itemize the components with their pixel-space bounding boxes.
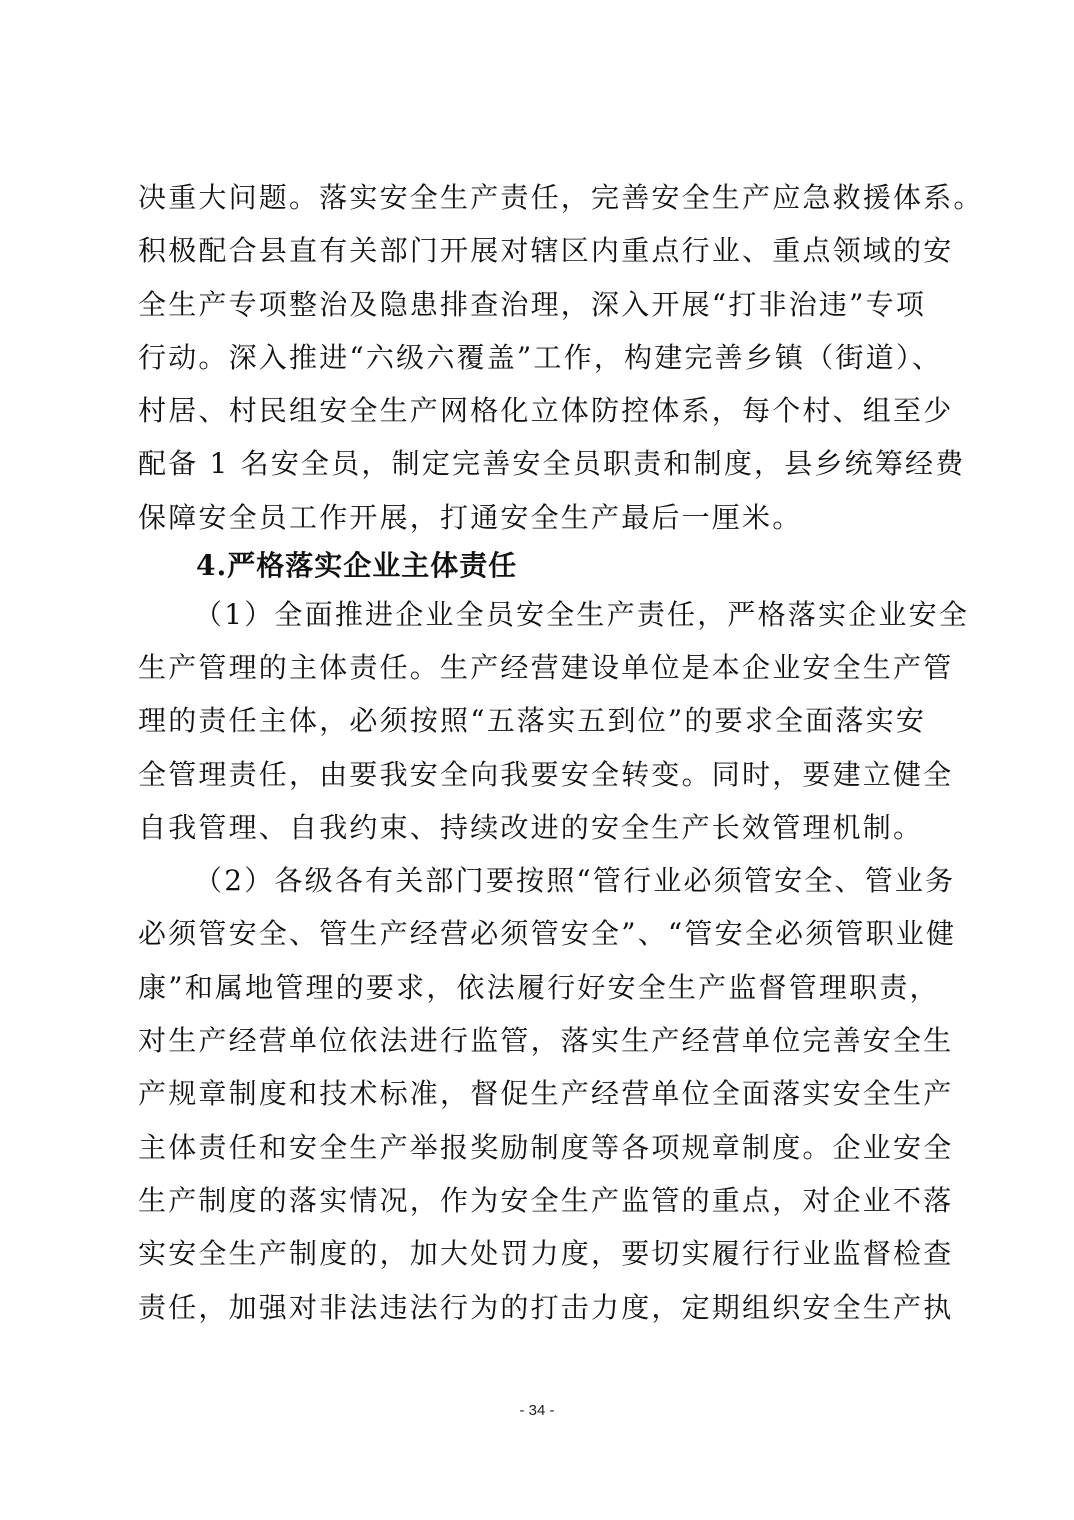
paragraph-2-line: 产规章制度和技术标准，督促生产经营单位全面落实安全生产 [138,1074,938,1114]
paragraph-1-line: （1）全面推进企业全员安全生产责任，严格落实企业安全 [194,595,994,635]
text-line: 积极配合县直有关部门开展对辖区内重点行业、重点领域的安 [138,231,938,271]
page-number: - 34 - [0,1402,1074,1419]
text-line: 保障安全员工作开展，打通安全生产最后一厘米。 [138,498,938,538]
paragraph-1-line: 理的责任主体，必须按照“五落实五到位”的要求全面落实安 [138,701,938,741]
paragraph-2-line: 实安全生产制度的，加大处罚力度，要切实履行行业监督检查 [138,1234,938,1274]
paragraph-1-line: 自我管理、自我约束、持续改进的安全生产长效管理机制。 [138,808,938,848]
paragraph-1-line: 全管理责任，由要我安全向我要安全转变。同时，要建立健全 [138,755,938,795]
paragraph-2-line: 康”和属地管理的要求，依法履行好安全生产监督管理职责， [138,968,938,1008]
paragraph-2-line: 必须管安全、管生产经营必须管安全”、“管安全必须管职业健 [138,914,938,954]
text-line: 全生产专项整治及隐患排查治理，深入开展“打非治违”专项 [138,285,938,325]
text-line: 决重大问题。落实安全生产责任，完善安全生产应急救援体系。 [138,178,938,218]
document-page: 决重大问题。落实安全生产责任，完善安全生产应急救援体系。 积极配合县直有关部门开… [0,0,1074,1520]
section-heading: 4.严格落实企业主体责任 [196,546,996,586]
paragraph-2-line: 对生产经营单位依法进行监管，落实生产经营单位完善安全生 [138,1021,938,1061]
text-line: 配备 1 名安全员，制定完善安全员职责和制度，县乡统筹经费 [138,444,938,484]
paragraph-2-line: 责任，加强对非法违法行为的打击力度，定期组织安全生产执 [138,1288,938,1328]
paragraph-2-line: 生产制度的落实情况，作为安全生产监管的重点，对企业不落 [138,1181,938,1221]
text-line: 村居、村民组安全生产网格化立体防控体系，每个村、组至少 [138,391,938,431]
text-line: 行动。深入推进“六级六覆盖”工作，构建完善乡镇（街道）、 [138,338,938,378]
paragraph-2-line: 主体责任和安全生产举报奖励制度等各项规章制度。企业安全 [138,1128,938,1168]
paragraph-1-line: 生产管理的主体责任。生产经营建设单位是本企业安全生产管 [138,648,938,688]
paragraph-2-line: （2）各级各有关部门要按照“管行业必须管安全、管业务 [194,861,994,901]
